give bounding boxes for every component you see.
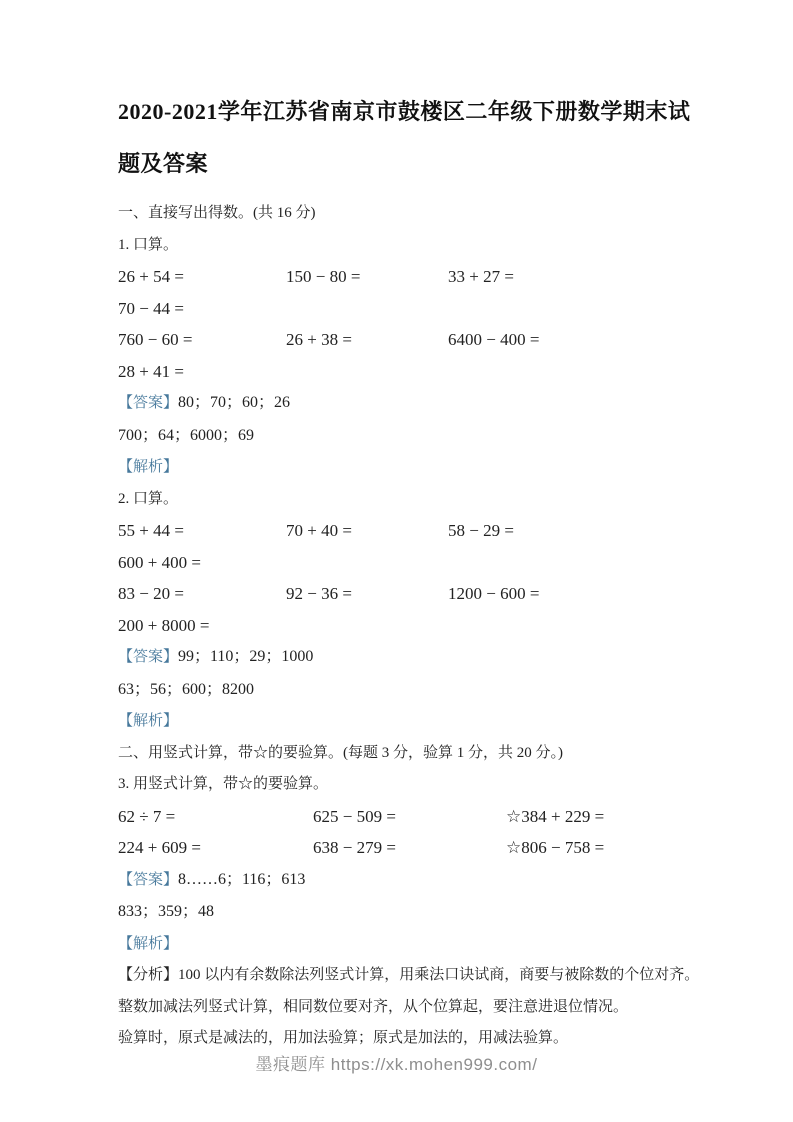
answer-marker: 【答案】 — [118, 395, 178, 411]
answer-marker: 【答案】 — [118, 649, 178, 665]
math-expression: 70 + 40 = — [286, 515, 448, 547]
math-row: 28 + 41 = — [118, 356, 708, 388]
math-expression: ☆806 − 758 = — [506, 832, 708, 864]
breakdown-marker: 【分析】 — [118, 967, 178, 983]
analysis-marker: 【解析】 — [118, 936, 178, 952]
breakdown-line: 【分析】100 以内有余数除法列竖式计算，用乘法口诀试商，商要与被除数的个位对齐… — [118, 960, 708, 992]
question-2-label: 2. 口算。 — [118, 484, 708, 516]
answer-values: 99；110；29；1000 — [178, 648, 313, 665]
analysis-text: 100 以内有余数除法列竖式计算，用乘法口诀试商，商要与被除数的个位对齐。 — [178, 967, 699, 983]
math-expression: 55 + 44 = — [118, 515, 286, 547]
math-expression: 625 − 509 = — [313, 801, 506, 833]
math-expression: 26 + 54 = — [118, 261, 286, 293]
math-expression: 200 + 8000 = — [118, 610, 286, 642]
document-page: 2020-2021学年江苏省南京市鼓楼区二年级下册数学期末试题及答案 一、直接写… — [0, 0, 793, 1055]
math-row: 70 − 44 = — [118, 293, 708, 325]
question-3-label: 3. 用竖式计算，带☆的要验算。 — [118, 769, 708, 801]
answer-values: 700；64；6000；69 — [118, 427, 254, 444]
analysis-text: 整数加减法列竖式计算，相同数位要对齐，从个位算起，要注意进退位情况。 — [118, 992, 708, 1024]
math-row: 600 + 400 = — [118, 547, 708, 579]
math-row: 200 + 8000 = — [118, 610, 708, 642]
math-expression: 58 − 29 = — [448, 515, 708, 547]
analysis-line: 【解析】 — [118, 706, 708, 738]
analysis-line: 【解析】 — [118, 452, 708, 484]
math-row: 62 ÷ 7 = 625 − 509 = ☆384 + 229 = — [118, 801, 708, 833]
math-row: 55 + 44 = 70 + 40 = 58 − 29 = — [118, 515, 708, 547]
section-2-heading: 二、用竖式计算，带☆的要验算。(每题 3 分，验算 1 分，共 20 分。) — [118, 738, 708, 770]
math-expression: 224 + 609 = — [118, 832, 313, 864]
answer-values: 80；70；60；26 — [178, 394, 290, 411]
answer-line: 【答案】8……6；116；613 — [118, 864, 708, 897]
answer-line: 833；359；48 — [118, 896, 708, 929]
math-expression: 28 + 41 = — [118, 356, 286, 388]
math-expression: 150 − 80 = — [286, 261, 448, 293]
answer-line: 63；56；600；8200 — [118, 674, 708, 707]
answer-line: 【答案】99；110；29；1000 — [118, 641, 708, 674]
answer-values: 833；359；48 — [118, 903, 214, 920]
answer-marker: 【答案】 — [118, 872, 178, 888]
math-expression: 1200 − 600 = — [448, 578, 708, 610]
math-expression: 83 − 20 = — [118, 578, 286, 610]
answer-values: 63；56；600；8200 — [118, 681, 254, 698]
answer-line: 700；64；6000；69 — [118, 420, 708, 453]
analysis-line: 【解析】 — [118, 929, 708, 961]
math-row: 224 + 609 = 638 − 279 = ☆806 − 758 = — [118, 832, 708, 864]
answer-line: 【答案】80；70；60；26 — [118, 387, 708, 420]
analysis-marker: 【解析】 — [118, 713, 178, 729]
math-expression: 6400 − 400 = — [448, 324, 708, 356]
question-1-label: 1. 口算。 — [118, 230, 708, 262]
math-expression: 62 ÷ 7 = — [118, 801, 313, 833]
math-expression: ☆384 + 229 = — [506, 801, 708, 833]
math-row: 83 − 20 = 92 − 36 = 1200 − 600 = — [118, 578, 708, 610]
math-expression: 33 + 27 = — [448, 261, 708, 293]
math-expression: 600 + 400 = — [118, 547, 286, 579]
math-row: 26 + 54 = 150 − 80 = 33 + 27 = — [118, 261, 708, 293]
page-title: 2020-2021学年江苏省南京市鼓楼区二年级下册数学期末试题及答案 — [118, 86, 708, 190]
math-expression: 26 + 38 = — [286, 324, 448, 356]
answer-values: 8……6；116；613 — [178, 871, 305, 888]
math-expression: 638 − 279 = — [313, 832, 506, 864]
math-expression: 70 − 44 = — [118, 293, 286, 325]
math-row: 760 − 60 = 26 + 38 = 6400 − 400 = — [118, 324, 708, 356]
footer-watermark: 墨痕题库 https://xk.mohen999.com/ — [0, 1050, 793, 1075]
analysis-marker: 【解析】 — [118, 459, 178, 475]
math-expression: 92 − 36 = — [286, 578, 448, 610]
math-expression: 760 − 60 = — [118, 324, 286, 356]
section-1-heading: 一、直接写出得数。(共 16 分) — [118, 198, 708, 230]
